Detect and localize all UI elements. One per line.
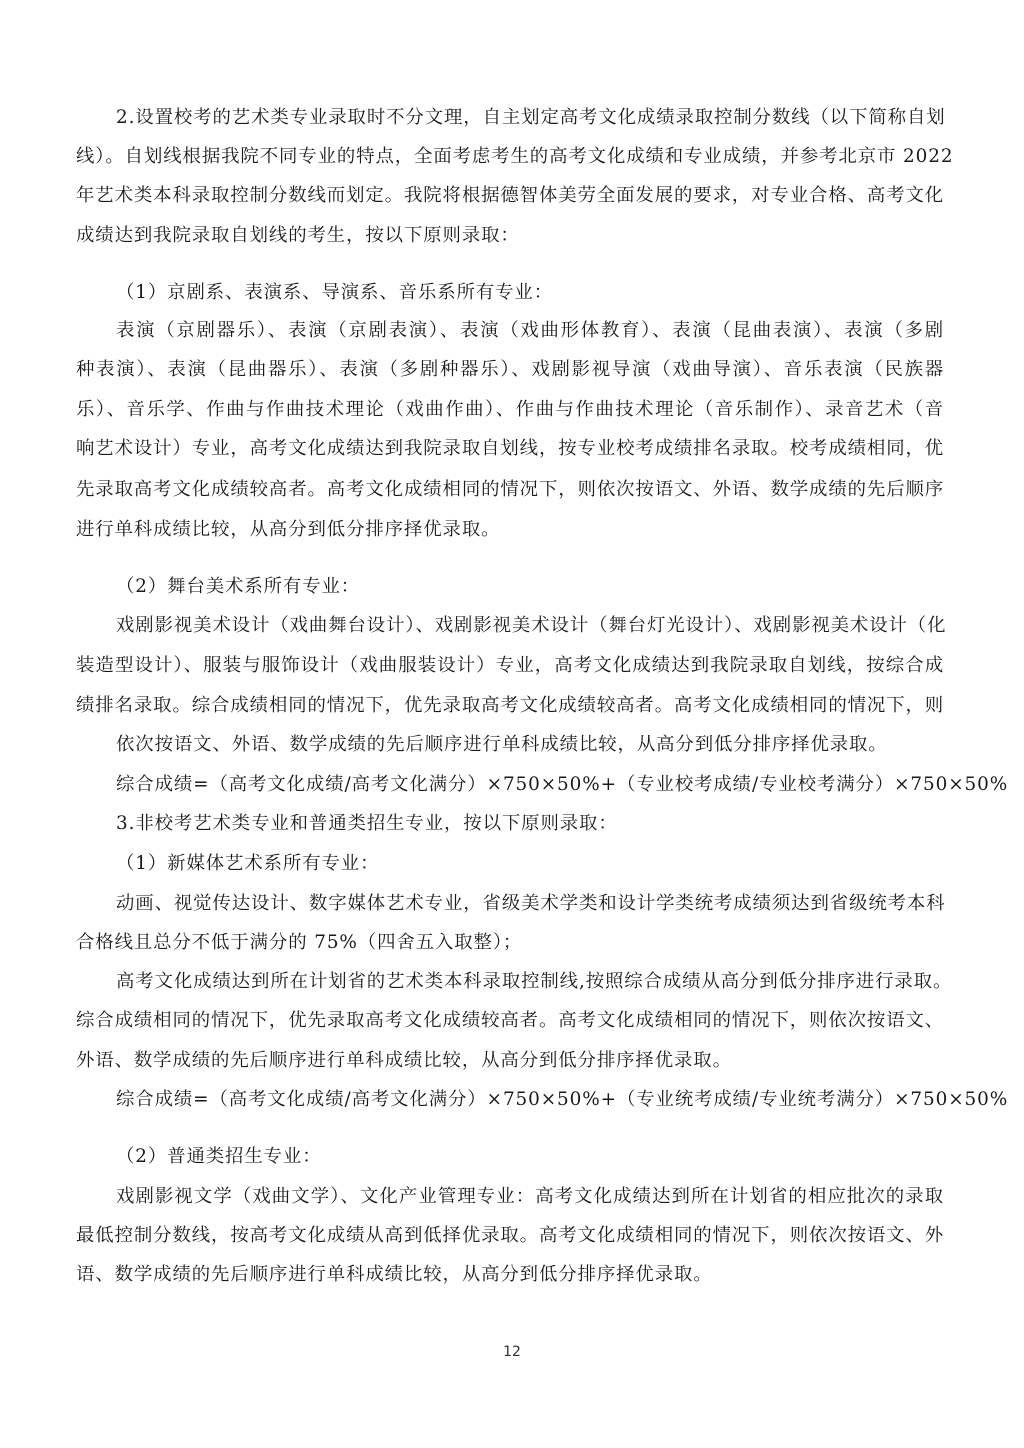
text-line: 2.设置校考的艺术类专业录取时不分文理，自主划定高考文化成绩录取控制分数线（以下… <box>116 106 944 130</box>
text-line: 表演（京剧器乐）、表演（京剧表演）、表演（戏曲形体教育）、表演（昆曲表演）、表演… <box>116 319 944 343</box>
text-line: 进行单科成绩比较，从高分到低分排序择优录取。 <box>76 518 944 542</box>
text-line: 合格线且总分不低于满分的 75%（四舍五入取整）； <box>76 931 944 955</box>
text-line: 响艺术设计）专业，高考文化成绩达到我院录取自划线，按专业校考成绩排名录取。校考成… <box>76 437 944 461</box>
text-line: 综合成绩=（高考文化成绩/高考文化满分）×750×50%+（专业校考成绩/专业校… <box>116 773 944 797</box>
text-line: 先录取高考文化成绩较高者。高考文化成绩相同的情况下，则依次按语文、外语、数学成绩… <box>76 478 944 502</box>
text-line: 种表演）、表演（昆曲器乐）、表演（多剧种器乐）、戏剧影视导演（戏曲导演）、音乐表… <box>76 358 944 382</box>
text-line: 高考文化成绩达到所在计划省的艺术类本科录取控制线,按照综合成绩从高分到低分排序进… <box>116 970 944 994</box>
text-line: 戏剧影视文学（戏曲文学）、文化产业管理专业：高考文化成绩达到所在计划省的相应批次… <box>116 1185 944 1209</box>
text-line: （1）新媒体艺术系所有专业： <box>116 852 944 876</box>
text-line: 线）。自划线根据我院不同专业的特点，全面考虑考生的高考文化成绩和专业成绩，并参考… <box>76 145 944 169</box>
text-line: （2）舞台美术系所有专业： <box>116 575 944 599</box>
text-line: 综合成绩=（高考文化成绩/高考文化满分）×750×50%+（专业统考成绩/专业统… <box>116 1088 944 1112</box>
text-line: 语、数学成绩的先后顺序进行单科成绩比较，从高分到低分排序择优录取。 <box>76 1263 944 1287</box>
text-line: 最低控制分数线，按高考文化成绩从高到低择优录取。高考文化成绩相同的情况下，则依次… <box>76 1224 944 1248</box>
text-line: 外语、数学成绩的先后顺序进行单科成绩比较，从高分到低分排序择优录取。 <box>76 1049 944 1073</box>
text-line: 3.非校考艺术类专业和普通类招生专业，按以下原则录取： <box>116 812 944 836</box>
text-line: 绩排名录取。综合成绩相同的情况下，优先录取高考文化成绩较高者。高考文化成绩相同的… <box>76 694 944 718</box>
text-line: 成绩达到我院录取自划线的考生，按以下原则录取： <box>76 224 944 248</box>
document-page: 2.设置校考的艺术类专业录取时不分文理，自主划定高考文化成绩录取控制分数线（以下… <box>0 0 1024 1448</box>
text-line: 综合成绩相同的情况下，优先录取高考文化成绩较高者。高考文化成绩相同的情况下，则依… <box>76 1009 944 1033</box>
text-line: 依次按语文、外语、数学成绩的先后顺序进行单科成绩比较，从高分到低分排序择优录取。 <box>116 733 944 757</box>
page-number: 12 <box>0 1344 1024 1360</box>
text-line: （2）普通类招生专业： <box>116 1145 944 1169</box>
text-line: （1）京剧系、表演系、导演系、音乐系所有专业： <box>116 281 944 305</box>
text-line: 动画、视觉传达设计、数字媒体艺术专业，省级美术学类和设计学类统考成绩须达到省级统… <box>116 892 944 916</box>
text-line: 戏剧影视美术设计（戏曲舞台设计）、戏剧影视美术设计（舞台灯光设计）、戏剧影视美术… <box>116 614 944 638</box>
text-line: 年艺术类本科录取控制分数线而划定。我院将根据德智体美劳全面发展的要求，对专业合格… <box>76 184 944 208</box>
text-line: 乐）、音乐学、作曲与作曲技术理论（戏曲作曲）、作曲与作曲技术理论（音乐制作）、录… <box>76 398 944 422</box>
text-line: 装造型设计）、服装与服饰设计（戏曲服装设计）专业，高考文化成绩达到我院录取自划线… <box>76 654 944 678</box>
